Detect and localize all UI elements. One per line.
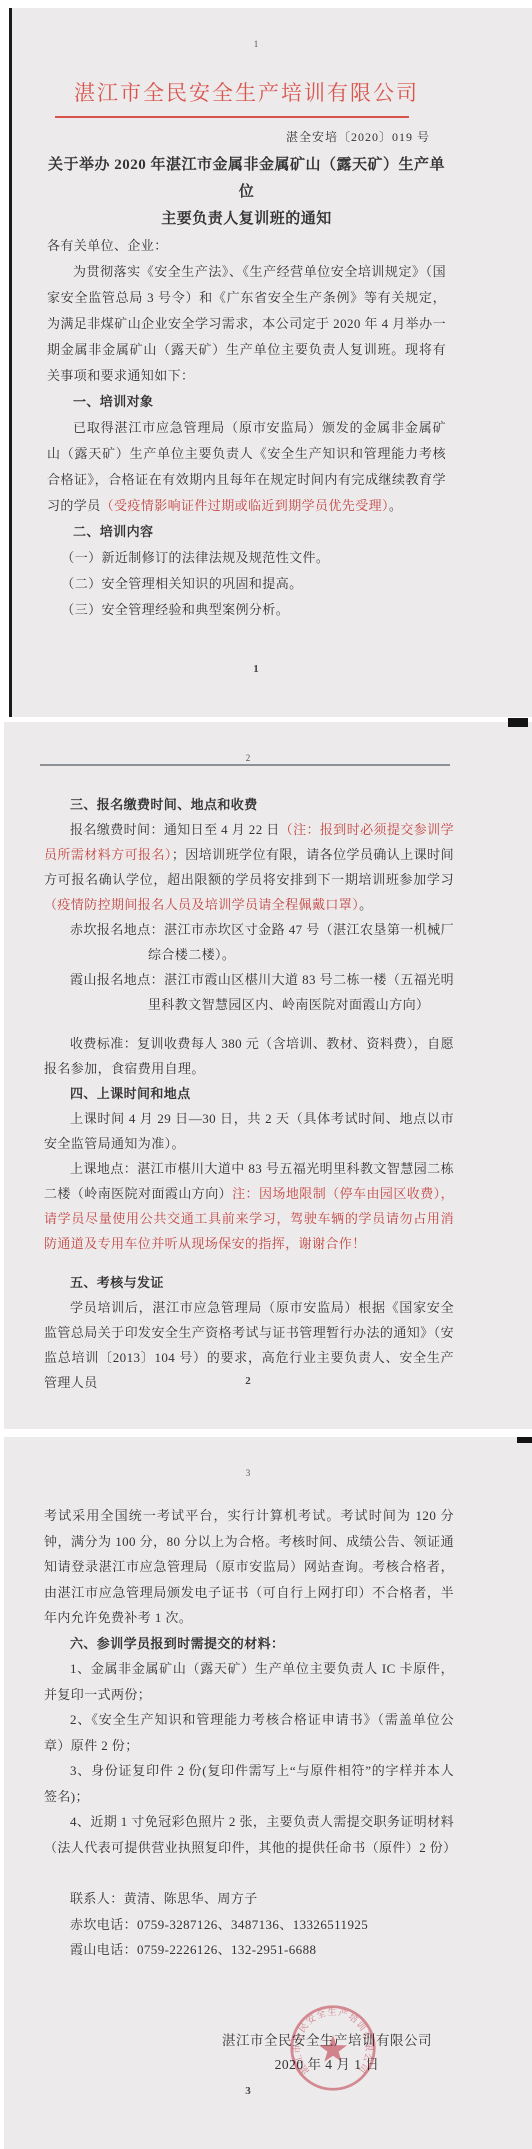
signup-period: 。	[359, 897, 372, 912]
document-scan: 1 湛江市全民安全生产培训有限公司 湛全安培〔2020〕019 号 关于举办 2…	[0, 0, 532, 2149]
training-target-red-note: （受疫情影响证件过期或临近到期学员优先受理）	[101, 498, 389, 513]
training-target-paragraph: 已取得湛江市应急管理局（原市安监局）颁发的金属非金属矿山（露天矿）生产单位主要负…	[47, 415, 446, 519]
notice-title: 关于举办 2020 年湛江市金属非金属矿山（露天矿）生产单位 主要负责人复训班的…	[47, 152, 446, 233]
material-item-4: 4、近期 1 寸免冠彩色照片 2 张，主要负责人需提交职务证明材料（法人代表可提…	[44, 1809, 454, 1860]
intro-paragraph: 为贯彻落实《安全生产法》、《生产经营单位安全培训规定》（国家安全监管总局 3 号…	[47, 259, 446, 389]
chikan-phone: 赤坎电话：0759-3287126、3487136、13326511925	[44, 1912, 454, 1938]
seal-star-icon	[319, 2035, 347, 2061]
page-1: 1 湛江市全民安全生产培训有限公司 湛全安培〔2020〕019 号 关于举办 2…	[9, 8, 532, 717]
class-time-paragraph: 上课时间 4 月 29 日—30 日，共 2 天（具体考试时间、地点以市安全监管…	[44, 1106, 454, 1156]
exam-paragraph-part2: 考试采用全国统一考试平台，实行计算机考试。考试时间为 120 分钟，满分为 10…	[44, 1503, 454, 1631]
spacer	[44, 1256, 454, 1270]
section-6-heading: 六、参训学员报到时需提交的材料：	[44, 1631, 454, 1657]
page-3-top-number: 3	[44, 1467, 452, 1479]
section-1-heading: 一、培训对象	[47, 389, 446, 415]
scan-corner-mark	[517, 1437, 532, 1443]
content-item-1: （一）新近制修订的法律法规及规范性文件。	[47, 545, 446, 571]
page-3-body: 考试采用全国统一考试平台，实行计算机考试。考试时间为 120 分钟，满分为 10…	[44, 1503, 454, 1963]
notice-title-line-2: 主要负责人复训班的通知	[47, 206, 446, 233]
notice-title-line-1: 关于举办 2020 年湛江市金属非金属矿山（露天矿）生产单位	[47, 152, 446, 206]
material-item-2: 2、《安全生产知识和管理能力考核合格证申请书》（需盖单位公章）原件 2 份；	[44, 1707, 454, 1758]
document-number: 湛全安培〔2020〕019 号	[47, 128, 446, 146]
section-4-heading: 四、上课时间和地点	[44, 1081, 454, 1106]
material-item-3: 3、身份证复印件 2 份(复印件需写上“与原件相符”的字样并本人签名)；	[44, 1758, 454, 1809]
section-3-heading: 三、报名缴费时间、地点和收费	[44, 792, 454, 817]
company-letterhead-title: 湛江市全民安全生产培训有限公司	[47, 78, 446, 108]
page-2-body: 三、报名缴费时间、地点和收费 报名缴费时间：通知日至 4 月 22 日（注：报到…	[44, 792, 454, 1395]
contact-persons: 联系人：黄清、陈思华、周方子	[44, 1886, 454, 1912]
content-item-3: （三）安全管理经验和典型案例分析。	[47, 597, 446, 623]
page-2-footer-number: 2	[44, 1375, 452, 1387]
xiashan-phone: 霞山电话：0759-2226126、132-2951-6688	[44, 1937, 454, 1963]
signup-time-text: 报名缴费时间：通知日至 4 月 22 日	[70, 822, 280, 837]
page-2-top-number: 2	[44, 752, 452, 764]
section-5-heading: 五、考核与发证	[44, 1270, 454, 1295]
signup-paragraph: 报名缴费时间：通知日至 4 月 22 日（注：报到时必须提交参训学员所需材料方可…	[44, 817, 454, 917]
page-3-footer-number: 3	[44, 2085, 452, 2097]
class-place-paragraph: 上课地点：湛江市椹川大道中 83 号五福光明里科教文智慧园二栋二楼（岭南医院对面…	[44, 1156, 454, 1256]
letterhead-rule	[55, 116, 409, 118]
page-2-header-rule	[40, 764, 450, 766]
page-2: 2 三、报名缴费时间、地点和收费 报名缴费时间：通知日至 4 月 22 日（注：…	[4, 722, 532, 1429]
content-item-2: （二）安全管理相关知识的巩固和提高。	[47, 571, 446, 597]
training-target-period: 。	[389, 498, 402, 513]
page-1-top-number: 1	[52, 38, 460, 50]
page-1-body: 各有关单位、企业： 为贯彻落实《安全生产法》、《生产经营单位安全培训规定》（国家…	[47, 233, 446, 623]
chikan-signup-address: 赤坎报名地点：湛江市赤坎区寸金路 47 号（湛江农垦第一机械厂综合楼二楼）。	[44, 917, 454, 967]
fee-paragraph: 收费标准：复训收费每人 380 元（含培训、教材、资料费），自愿报名参加，食宿费…	[44, 1031, 454, 1081]
salutation: 各有关单位、企业：	[47, 233, 446, 259]
section-2-heading: 二、培训内容	[47, 519, 446, 545]
page-1-footer-number: 1	[52, 663, 460, 675]
xiashan-signup-address: 霞山报名地点：湛江市霞山区椹川大道 83 号二栋一楼（五福光明里科教文智慧园区内…	[44, 967, 454, 1017]
spacer	[44, 1017, 454, 1031]
signup-red-note-2: （疫情防控期间报名人员及培训学员请全程佩戴口罩）	[44, 897, 359, 912]
spacer	[44, 1860, 454, 1886]
material-item-1: 1、金属非金属矿山（露天矿）生产单位主要负责人 IC 卡原件，并复印一式两份；	[44, 1656, 454, 1707]
page-3: 3 考试采用全国统一考试平台，实行计算机考试。考试时间为 120 分钟，满分为 …	[4, 1437, 532, 2149]
scan-corner-mark	[508, 718, 528, 727]
